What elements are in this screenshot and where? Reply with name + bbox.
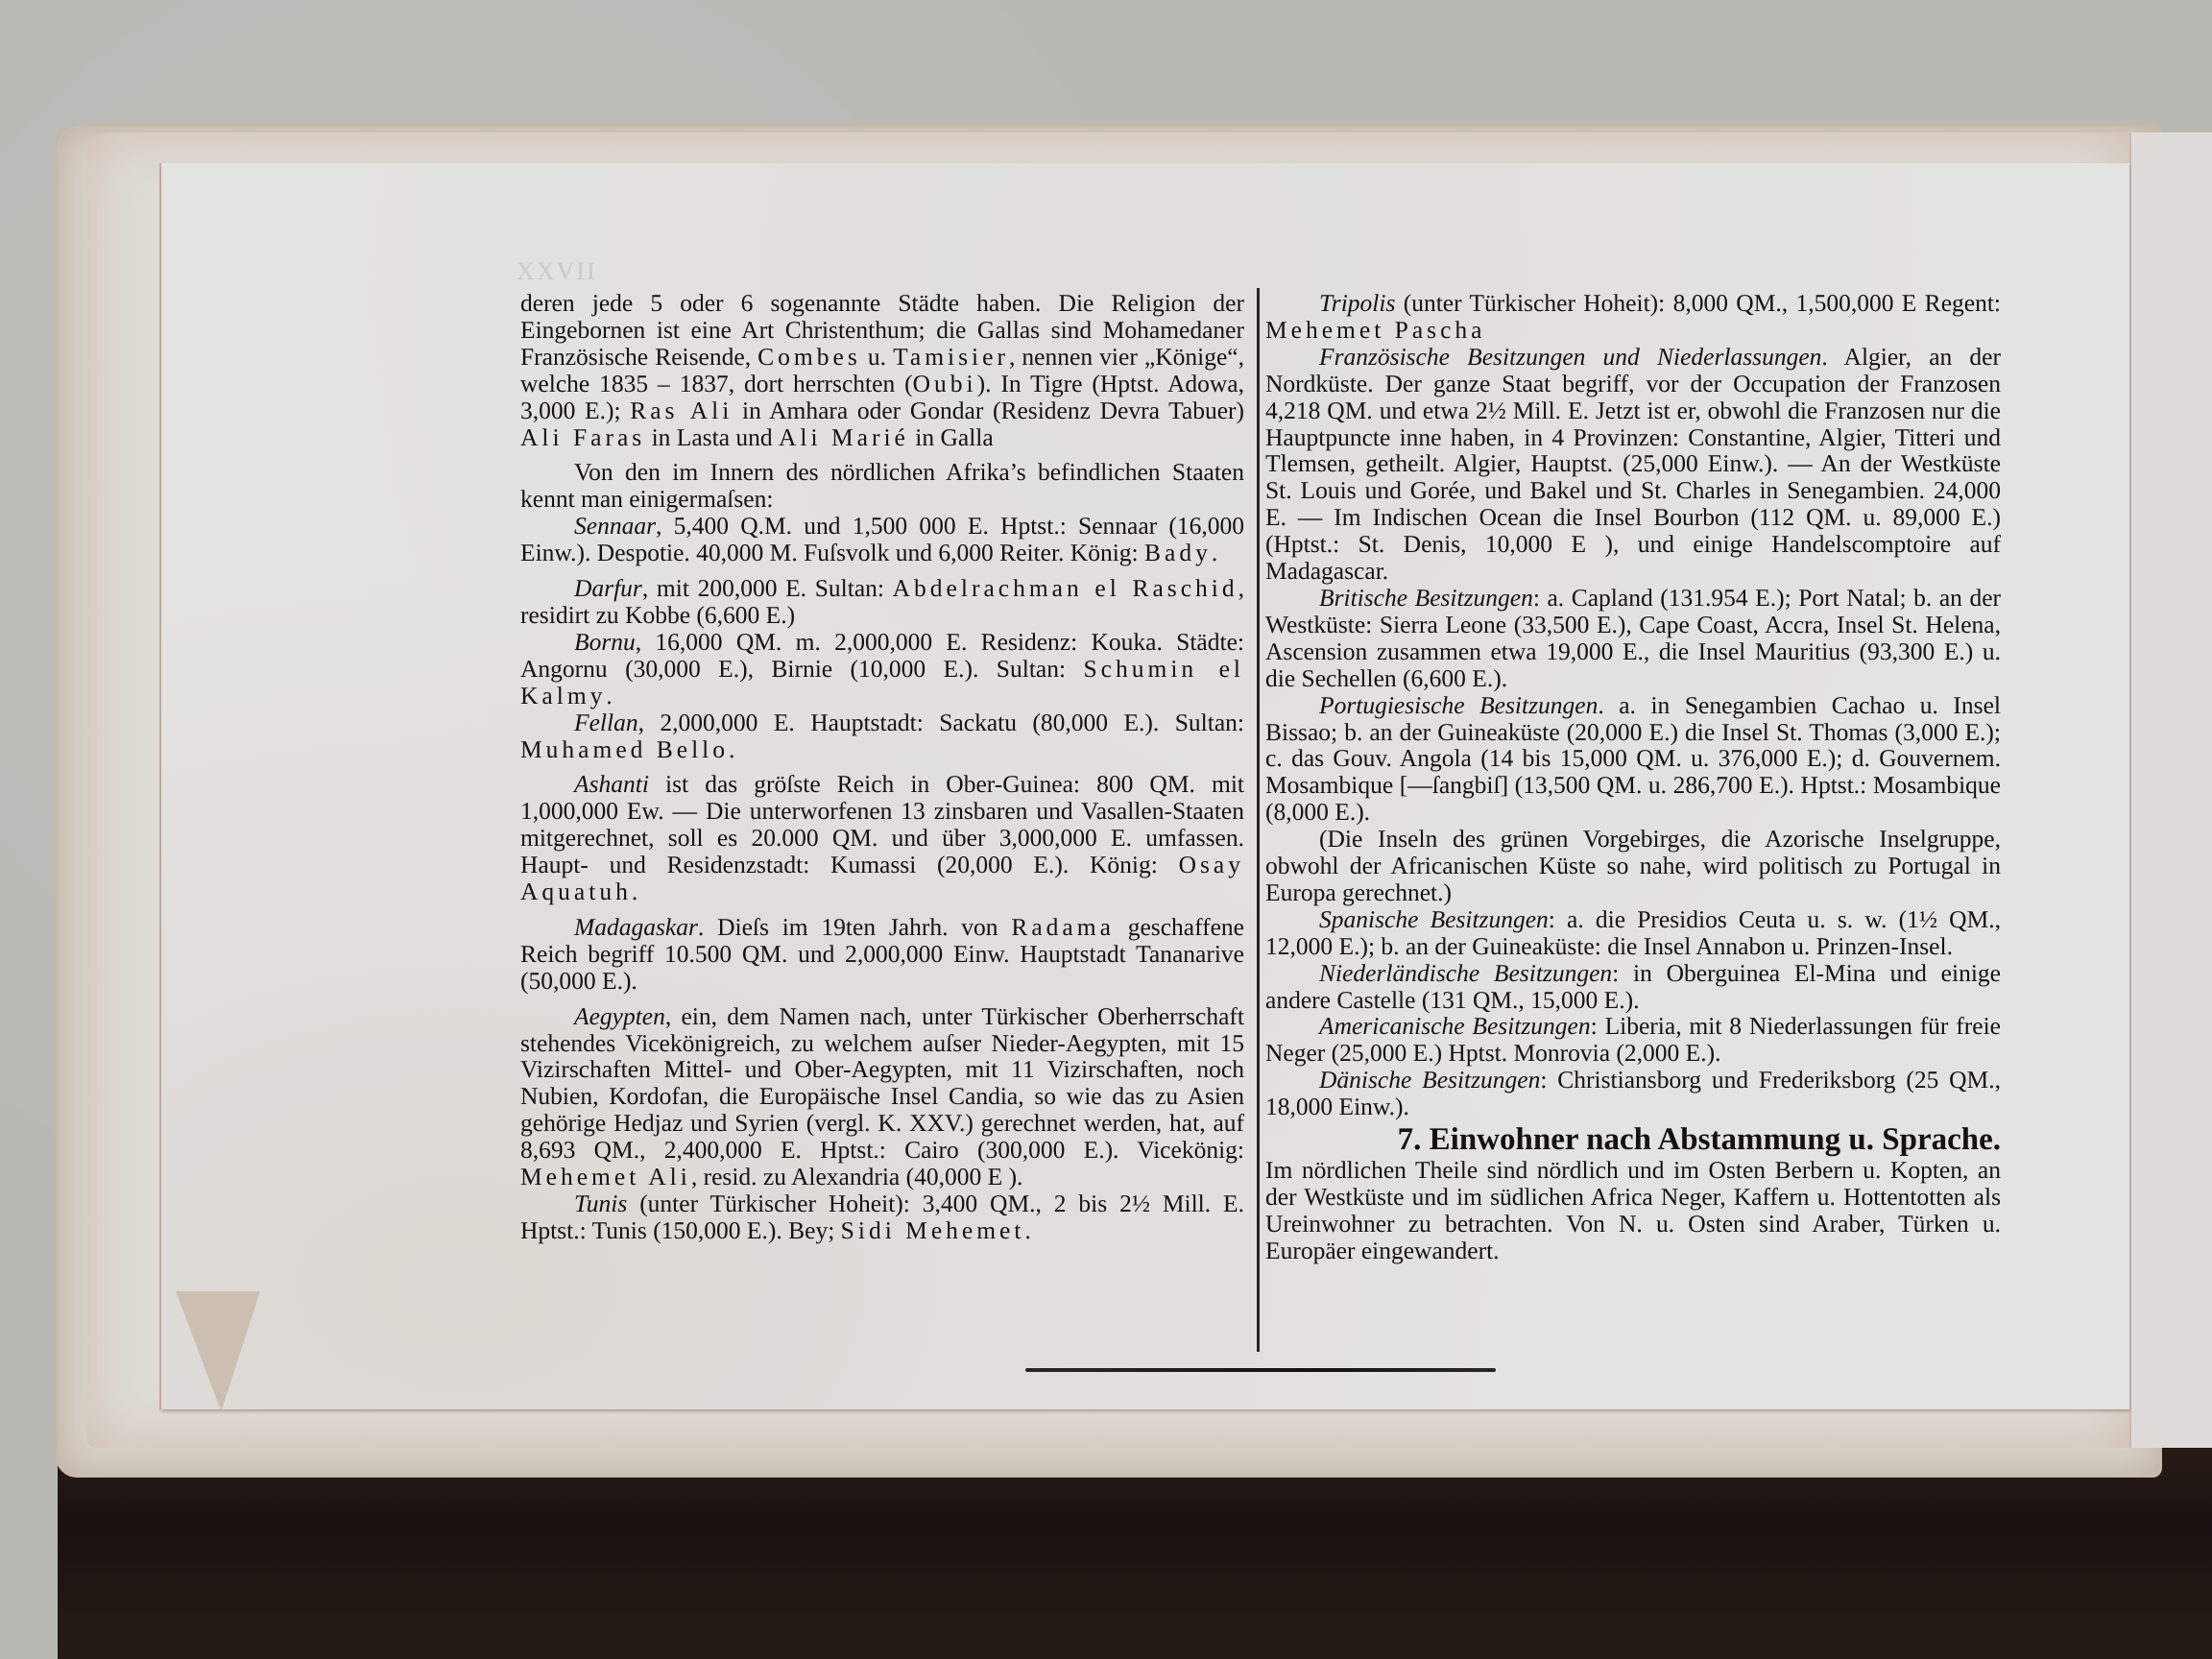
left-column: deren jede 5 oder 6 sogenannte Städte ha… <box>520 290 1244 1244</box>
entry-title: Britische Besitzungen <box>1319 584 1533 612</box>
text-run: . <box>1212 539 1217 566</box>
paragraph: Dänische Besitzungen: Christiansborg und… <box>1265 1067 2001 1120</box>
entry-title: Aegypten <box>574 1002 665 1030</box>
section-heading: 7. Einwohner nach Abstammung u. Sprache. <box>1265 1122 2001 1157</box>
entry-title: Französische Besitzungen und Niederlassu… <box>1319 343 1821 371</box>
person-name: Tamisier <box>893 343 1009 371</box>
person-name: Ali Marié <box>779 423 909 451</box>
entry-title: Spanische Besitzungen <box>1319 905 1549 933</box>
paragraph: Tripolis (unter Türkischer Hoheit): 8,00… <box>1265 290 2001 344</box>
text-run: , resid. zu Alexandria (40,000 E ). <box>691 1163 1023 1190</box>
person-name: Bady <box>1144 539 1212 566</box>
paragraph: Bornu, 16,000 QM. m. 2,000,000 E. Reside… <box>520 629 1244 709</box>
entry-title: Tunis <box>574 1190 627 1217</box>
text-run: u. <box>861 343 893 371</box>
text-run: in Galla <box>909 423 994 451</box>
column-divider <box>1257 288 1260 1352</box>
paragraph: Fellan, 2,000,000 E. Hauptstadt: Sackatu… <box>520 709 1244 763</box>
paragraph: Darfur, mit 200,000 E. Sultan: Abdelrach… <box>520 575 1244 629</box>
text-run: in Amhara oder Gondar (Residenz Devra Ta… <box>733 397 1244 424</box>
text-run: . <box>606 682 612 709</box>
person-name: Oubi <box>913 370 977 397</box>
entry-title: Madagaskar <box>574 913 698 941</box>
paragraph: deren jede 5 oder 6 sogenannte Städte ha… <box>520 290 1244 450</box>
person-name: Abdelrachman el Raschid <box>893 574 1238 602</box>
paragraph: Britische Besitzungen: a. Capland (131.9… <box>1265 585 2001 692</box>
right-column-paragraphs: Tripolis (unter Türkischer Hoheit): 8,00… <box>1265 290 2001 1120</box>
entry-title: Tripolis <box>1319 289 1395 317</box>
text-run: . <box>632 878 637 905</box>
text-run: . <box>729 735 734 763</box>
text-run: , mit 200,000 E. Sultan: <box>642 574 893 602</box>
entry-title: Bornu <box>574 628 636 656</box>
person-name: Mehemet Pascha <box>1265 316 1485 344</box>
paragraph: Tunis (unter Türkischer Hoheit): 3,400 Q… <box>520 1190 1244 1244</box>
person-name: Radama <box>1011 913 1115 941</box>
paragraph: Madagaskar. Dieſs im 19ten Jahrh. von Ra… <box>520 914 1244 995</box>
text-run: (Die Inseln des grünen Vorgebirges, die … <box>1265 825 2001 906</box>
paragraph: (Die Inseln des grünen Vorgebirges, die … <box>1265 826 2001 906</box>
person-name: Ras Ali <box>630 397 733 424</box>
person-name: Ali Faras <box>520 423 645 451</box>
entry-title: Darfur <box>574 574 642 602</box>
entry-title: Ashanti <box>574 770 649 798</box>
end-rule <box>1025 1368 1496 1372</box>
right-column: Tripolis (unter Türkischer Hoheit): 8,00… <box>1265 290 2001 1264</box>
paragraph: Americanische Besitzungen: Liberia, mit … <box>1265 1013 2001 1067</box>
paragraph: Von den im Innern des nördlichen Afrika’… <box>520 459 1244 513</box>
text-run: in Lasta und <box>645 423 779 451</box>
text-run: (unter Türkischer Hoheit): 8,000 QM., 1,… <box>1395 289 2001 317</box>
paragraph: Portugiesische Besitzungen. a. in Senega… <box>1265 692 2001 827</box>
text-run: Von den im Innern des nördlichen Afrika’… <box>520 458 1244 513</box>
entry-title: Sennaar <box>574 512 656 540</box>
page-numeral-showthrough: XXVII <box>517 257 597 286</box>
text-run: , 2,000,000 E. Hauptstadt: Sackatu (80,0… <box>638 709 1244 736</box>
paragraph: Ashanti ist das gröſste Reich in Ober-Gu… <box>520 771 1244 905</box>
text-run: . Dieſs im 19ten Jahrh. von <box>698 913 1011 941</box>
entry-title: Portugiesische Besitzungen <box>1319 691 1598 719</box>
entry-title: Americanische Besitzungen <box>1319 1012 1591 1040</box>
person-name: Muhamed Bello <box>520 735 729 763</box>
facing-page-edge <box>2129 132 2212 1448</box>
person-name: Mehemet Ali <box>520 1163 691 1190</box>
entry-title: Fellan <box>574 709 638 736</box>
person-name: Combes <box>757 343 861 371</box>
paragraph: Aegypten, ein, dem Namen nach, unter Tür… <box>520 1003 1244 1190</box>
paragraph: Französische Besitzungen und Niederlassu… <box>1265 344 2001 585</box>
person-name: Sidi Mehemet <box>841 1216 1025 1244</box>
text-run: . <box>1024 1216 1030 1244</box>
paragraph: Niederländische Besitzungen: in Oberguin… <box>1265 960 2001 1014</box>
text-run: . Algier, an der Nordküste. Der ganze St… <box>1265 343 2001 585</box>
entry-title: Niederländische Besitzungen <box>1319 959 1612 987</box>
paragraph: Spanische Besitzungen: a. die Presidios … <box>1265 906 2001 960</box>
section-paragraph: Im nördlichen Theile sind nördlich und i… <box>1265 1157 2001 1264</box>
paragraph: Sennaar, 5,400 Q.M. und 1,500 000 E. Hpt… <box>520 513 1244 566</box>
entry-title: Dänische Besitzungen <box>1319 1066 1540 1094</box>
